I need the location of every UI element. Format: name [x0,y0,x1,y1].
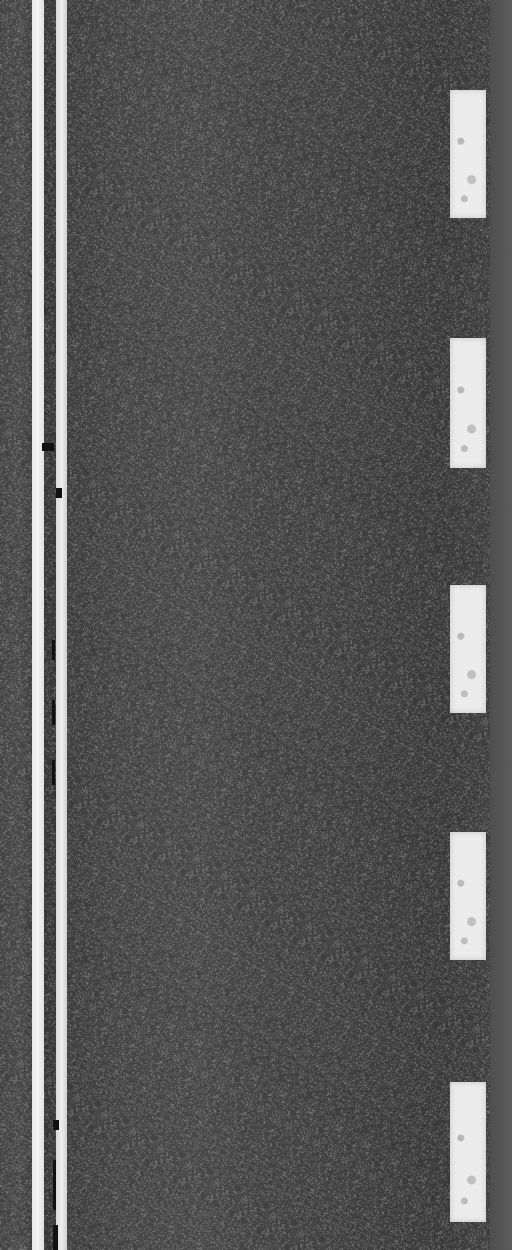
lane-dash [450,832,486,960]
lane-dash [450,585,486,713]
crack [52,640,55,660]
road-surface [0,0,512,1250]
crack [53,1120,59,1130]
crack [56,488,62,498]
asphalt-texture [0,0,512,1250]
double-solid-line-right [56,0,67,1250]
crack [53,1160,56,1210]
crack [42,443,54,451]
road-shoulder [490,0,512,1250]
double-solid-line-left [32,0,44,1250]
lane-dash [450,338,486,468]
lane-dash [450,1082,486,1222]
crack [52,700,55,725]
crack [52,760,55,785]
crack [53,1225,58,1250]
lane-dash [450,90,486,218]
